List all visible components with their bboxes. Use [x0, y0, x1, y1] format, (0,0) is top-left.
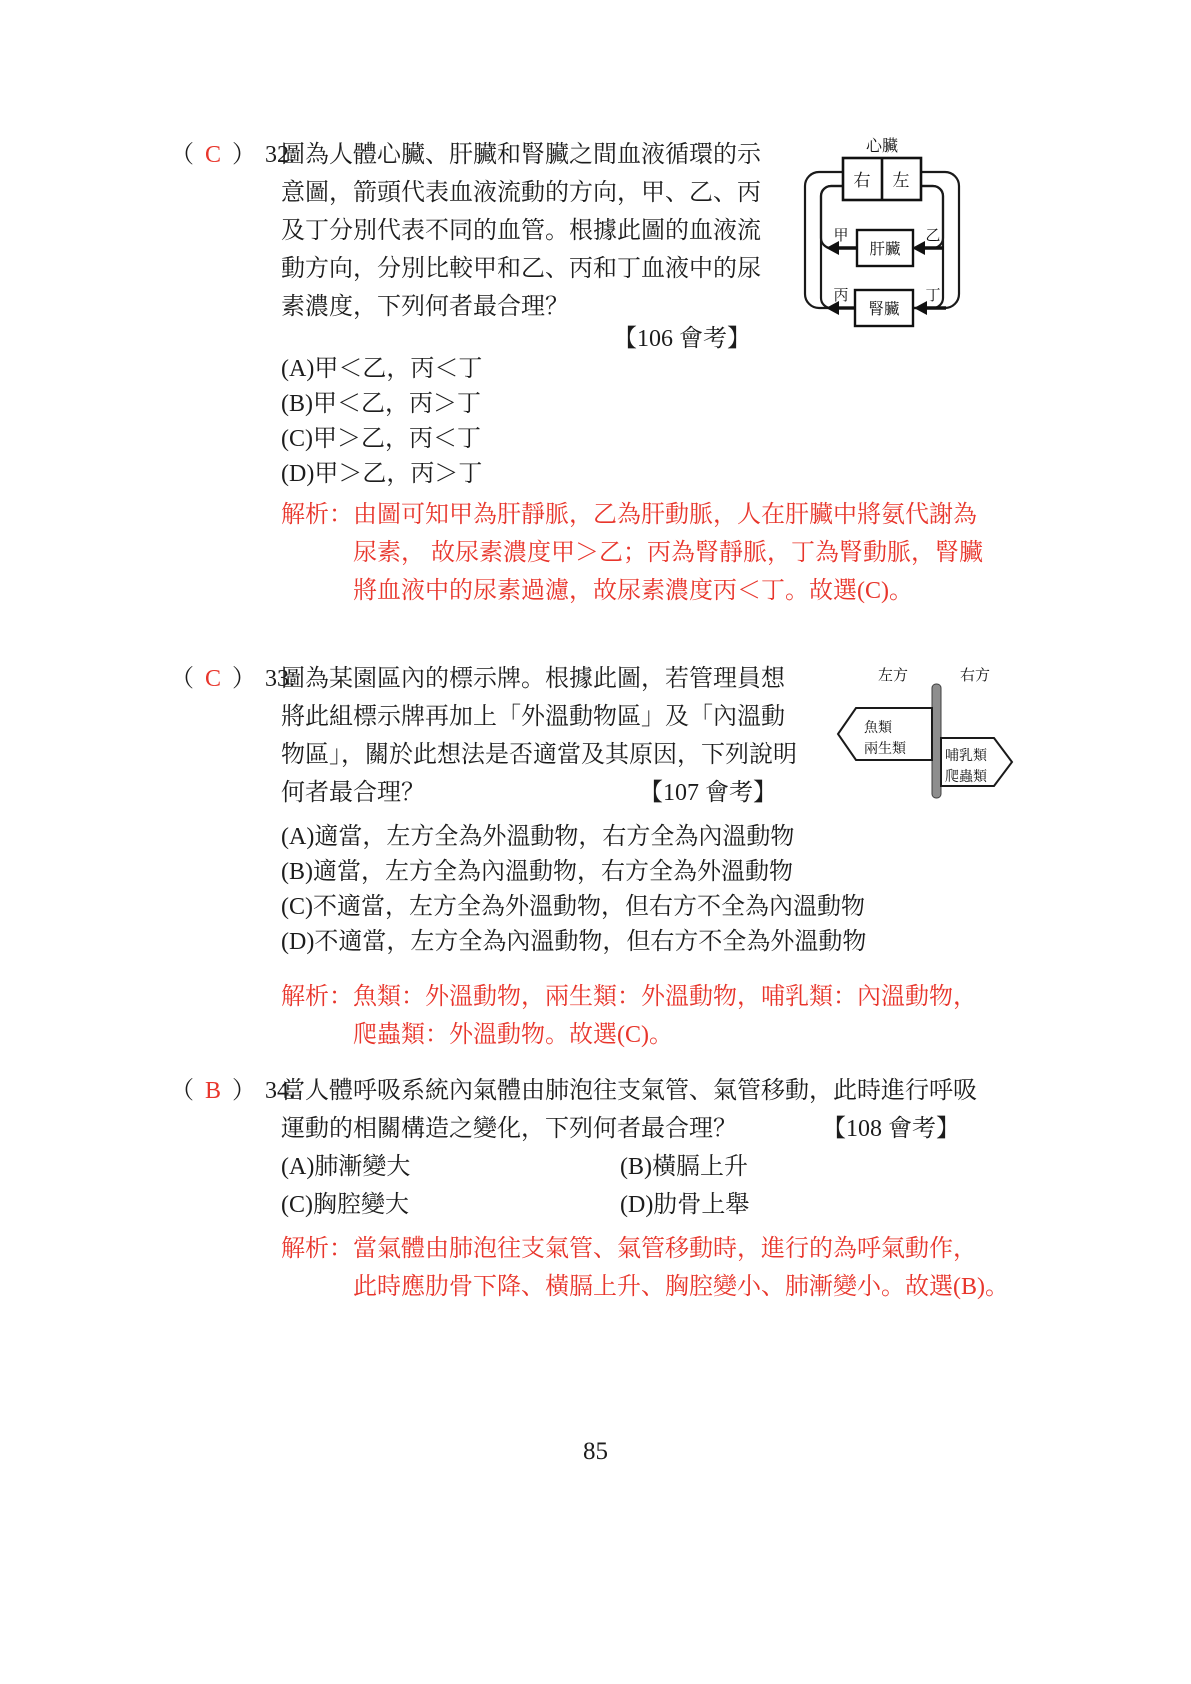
q34-options: (A)肺漸變大(B)橫膈上升(C)胸腔變大(D)肋骨上舉 [281, 1148, 749, 1224]
q32-analysis: 解析： 由圖可知甲為肝靜脈，乙為肝動脈，人在肝臟中將氨代謝為尿素， 故尿素濃度甲… [281, 496, 983, 610]
q33-text-line: 圖為某園區內的標示牌。根據此圖，若管理員想 [281, 660, 801, 698]
q34-answer-letter: B [205, 1078, 221, 1104]
close-paren: ） [232, 142, 256, 168]
vessel-jia-label: 甲 [833, 227, 848, 244]
q34-answer-prefix: （B）34. [170, 1072, 295, 1110]
q34-exam-tag: 【108 會考】 [281, 1110, 960, 1148]
open-paren: （ [170, 1078, 194, 1104]
q33-options: (A)適當，左方全為外溫動物，右方全為內溫動物(B)適當，左方全為內溫動物，右方… [281, 820, 866, 960]
left-side-label: 左方 [878, 667, 908, 684]
q34-analysis-text: 當氣體由肺泡往支氣管、氣管移動時，進行的為呼氣動作，此時應肋骨下降、橫膈上升、胸… [353, 1230, 1009, 1306]
q32-question-text: 圖為人體心臟、肝臟和腎臟之間血液循環的示意圖，箭頭代表血液流動的方向，甲、乙、丙… [281, 136, 751, 326]
q33-text-line: 將此組標示牌再加上「外溫動物區」及「內溫動 [281, 698, 801, 736]
q33-analysis-text: 魚類：外溫動物，兩生類：外溫動物，哺乳類：內溫動物，爬蟲類：外溫動物。故選(C)… [353, 978, 977, 1054]
left-sign-line1: 魚類 [864, 719, 892, 736]
q34-analysis-line: 當氣體由肺泡往支氣管、氣管移動時，進行的為呼氣動作， [353, 1230, 1009, 1268]
q32-option: (C)甲＞乙，丙＜丁 [281, 422, 482, 457]
open-paren: （ [170, 142, 194, 168]
right-sign-line1: 哺乳類 [945, 747, 987, 764]
signpost-diagram-svg: 左方 右方 魚類 兩生類 哺乳類 爬蟲類 [798, 652, 1018, 802]
q32-answer-prefix: （C）32. [170, 136, 295, 174]
q32-analysis-line: 尿素， 故尿素濃度甲＞乙；丙為腎靜脈，丁為腎動脈，腎臟 [353, 534, 983, 572]
left-sign-line2: 兩生類 [864, 740, 906, 757]
q33-answer-prefix: （C）33. [170, 660, 295, 698]
close-paren: ） [232, 666, 256, 692]
q32-analysis-label: 解析： [281, 496, 353, 534]
q33-option: (A)適當，左方全為外溫動物，右方全為內溫動物 [281, 820, 866, 855]
q32-text-line: 圖為人體心臟、肝臟和腎臟之間血液循環的示 [281, 136, 751, 174]
vessel-ding-label: 丁 [925, 287, 940, 304]
q32-text-line: 動方向，分別比較甲和乙、丙和丁血液中的尿 [281, 250, 751, 288]
open-paren: （ [170, 666, 194, 692]
q33-exam-tag: 【107 會考】 [281, 774, 777, 812]
q33-analysis-line: 魚類：外溫動物，兩生類：外溫動物，哺乳類：內溫動物， [353, 978, 977, 1016]
vessel-yi-label: 乙 [925, 228, 940, 244]
q34-option: (B)橫膈上升 [620, 1148, 749, 1186]
q32-text-line: 意圖，箭頭代表血液流動的方向，甲、乙、丙 [281, 174, 751, 212]
q34-analysis: 解析： 當氣體由肺泡往支氣管、氣管移動時，進行的為呼氣動作，此時應肋骨下降、橫膈… [281, 1230, 1009, 1306]
q32-circulation-diagram: 心臟 右 左 肝臟 腎臟 甲 乙 丙 丁 [793, 136, 971, 343]
q33-option: (C)不適當，左方全為外溫動物，但右方不全為內溫動物 [281, 890, 866, 925]
kidney-label: 腎臟 [868, 300, 899, 318]
q32-option: (B)甲＜乙，丙＞丁 [281, 387, 482, 422]
q33-text-line: 物區」，關於此想法是否適當及其原因，下列說明 [281, 736, 801, 774]
q32-answer-letter: C [205, 142, 221, 168]
sign-pole [932, 684, 941, 798]
q33-option: (B)適當，左方全為內溫動物，右方全為外溫動物 [281, 855, 866, 890]
heart-label: 心臟 [866, 137, 898, 155]
q34-text-line: 當人體呼吸系統內氣體由肺泡往支氣管、氣管移動，此時進行呼吸 [281, 1072, 971, 1110]
q34-analysis-label: 解析： [281, 1230, 353, 1268]
q32-text-line: 及丁分別代表不同的血管。根據此圖的血液流 [281, 212, 751, 250]
q32-option: (A)甲＜乙，丙＜丁 [281, 352, 482, 387]
q33-analysis-line: 爬蟲類：外溫動物。故選(C)。 [353, 1016, 977, 1054]
heart-right-label: 右 [854, 171, 871, 190]
vessel-bing-label: 丙 [833, 287, 848, 304]
q34-option: (D)肋骨上舉 [620, 1186, 749, 1224]
circulation-diagram-svg: 心臟 右 左 肝臟 腎臟 甲 乙 丙 丁 [793, 136, 971, 338]
right-sign-line2: 爬蟲類 [945, 768, 987, 785]
q32-options: (A)甲＜乙，丙＜丁(B)甲＜乙，丙＞丁(C)甲＞乙，丙＜丁(D)甲＞乙，丙＞丁 [281, 352, 482, 492]
q34-option: (C)胸腔變大 [281, 1186, 620, 1224]
document-page: （C）32. 圖為人體心臟、肝臟和腎臟之間血液循環的示意圖，箭頭代表血液流動的方… [0, 0, 1191, 1684]
right-side-label: 右方 [960, 667, 990, 684]
close-paren: ） [232, 1078, 256, 1104]
q32-option: (D)甲＞乙，丙＞丁 [281, 457, 482, 492]
q33-analysis: 解析： 魚類：外溫動物，兩生類：外溫動物，哺乳類：內溫動物，爬蟲類：外溫動物。故… [281, 978, 977, 1054]
q33-option: (D)不適當，左方全為內溫動物，但右方不全為外溫動物 [281, 925, 866, 960]
q34-analysis-line: 此時應肋骨下降、橫膈上升、胸腔變小、肺漸變小。故選(B)。 [353, 1268, 1009, 1306]
q33-answer-letter: C [205, 666, 221, 692]
q32-analysis-line: 由圖可知甲為肝靜脈，乙為肝動脈，人在肝臟中將氨代謝為 [353, 496, 983, 534]
q33-analysis-label: 解析： [281, 978, 353, 1016]
q33-signpost-diagram: 左方 右方 魚類 兩生類 哺乳類 爬蟲類 [798, 652, 1018, 807]
q34-option: (A)肺漸變大 [281, 1148, 620, 1186]
liver-label: 肝臟 [869, 240, 900, 258]
heart-left-label: 左 [893, 171, 910, 190]
q32-analysis-line: 將血液中的尿素過濾，故尿素濃度丙＜丁。故選(C)。 [353, 572, 983, 610]
q32-analysis-text: 由圖可知甲為肝靜脈，乙為肝動脈，人在肝臟中將氨代謝為尿素， 故尿素濃度甲＞乙；丙… [353, 496, 983, 610]
page-number: 85 [0, 1438, 1191, 1466]
